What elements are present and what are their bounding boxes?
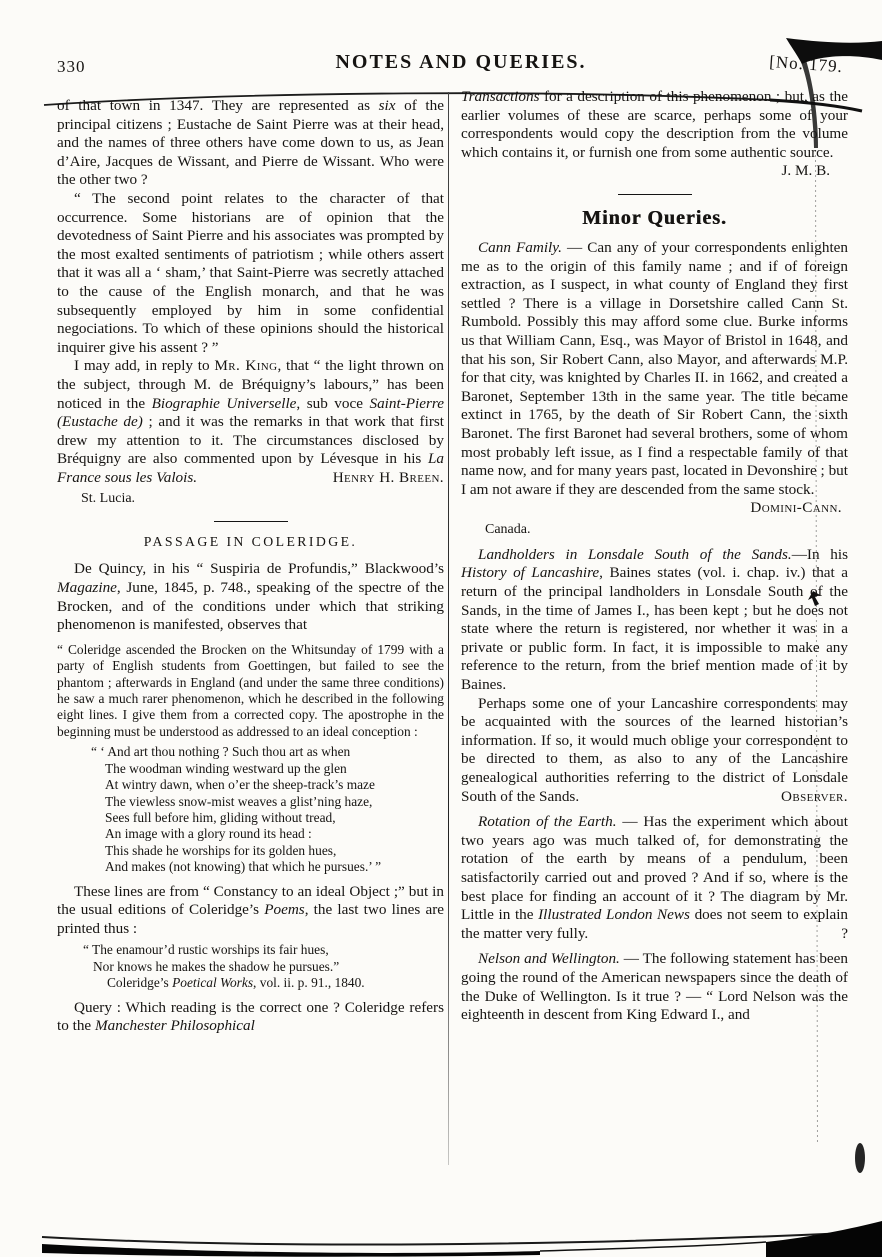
query-nelson-and-wellington: Nelson and Wellington. — The following s… (461, 950, 848, 1024)
paragraph-text: Query : Which reading is the correct one… (57, 999, 444, 1035)
column-divider (448, 92, 449, 1165)
paragraph-text: I may add, in reply to Mr. King, that “ … (57, 357, 444, 486)
verse-line: The viewless snow-mist weaves a glist’ni… (105, 794, 444, 810)
signature: ? (816, 925, 848, 944)
dateline: Canada. (461, 521, 848, 539)
verse-block: “ The enamour’d rustic worships its fair… (83, 942, 444, 991)
query-rotation-of-the-earth: Rotation of the Earth. — Has the experim… (461, 813, 848, 943)
section-divider (214, 521, 288, 522)
paragraph-text: Landholders in Lonsdale South of the San… (461, 546, 848, 693)
paragraph-text: De Quincy, in his “ Suspiria de Profundi… (57, 560, 444, 633)
dateline: St. Lucia. (57, 490, 444, 508)
scanned-journal-page: 330 NOTES AND QUERIES. [No. 179. of that… (0, 0, 882, 1257)
article-paragraph: De Quincy, in his “ Suspiria de Profundi… (57, 560, 444, 634)
verse-line: This shade he worships for its golden hu… (105, 843, 444, 859)
paragraph-text: Nelson and Wellington. — The following s… (461, 950, 848, 1023)
article-paragraph: Query : Which reading is the correct one… (57, 999, 444, 1036)
journal-title: NOTES AND QUERIES. (40, 51, 882, 74)
verse-line: Sees full before him, gliding without tr… (105, 810, 444, 826)
article-paragraph: of that town in 1347. They are represent… (57, 97, 444, 190)
paragraph-text: Cann Family. — Can any of your correspon… (461, 239, 848, 498)
query-landholders-lonsdale: Landholders in Lonsdale South of the San… (461, 546, 848, 695)
section-heading-passage-in-coleridge: PASSAGE IN COLERIDGE. (57, 534, 444, 550)
article-paragraph: I may add, in reply to Mr. King, that “ … (57, 357, 444, 487)
article-paragraph: “ The second point relates to the charac… (57, 190, 444, 357)
verse-line: An image with a glory round its head : (105, 826, 444, 842)
signature: Domini-Cann. (461, 499, 848, 518)
paragraph-text: Transactions for a description of this p… (461, 88, 848, 161)
verse-line: And makes (not knowing) that which he pu… (105, 859, 444, 875)
left-column: of that town in 1347. They are represent… (57, 97, 444, 1036)
verse-line: “ The enamour’d rustic worships its fair… (83, 942, 444, 958)
bottom-right-shadow (766, 1221, 882, 1257)
signature-text: Domini-Cann. (750, 499, 842, 516)
verse-line: The woodman winding westward up the glen (105, 761, 444, 777)
signature: Observer. (756, 788, 848, 807)
verse-line: Coleridge’s Poetical Works, vol. ii. p. … (107, 975, 444, 991)
paragraph-text: of that town in 1347. They are represent… (57, 97, 444, 188)
paragraph-text: These lines are from “ Constancy to an i… (57, 883, 444, 937)
signature: J. M. B. (461, 162, 848, 181)
verse-block: “ ‘ And art thou nothing ? Such thou art… (91, 744, 444, 875)
article-paragraph: These lines are from “ Constancy to an i… (57, 883, 444, 939)
verse-line: At wintry dawn, when o’er the sheep-trac… (105, 777, 444, 793)
verse-line: Nor knows he makes the shadow he pursues… (93, 959, 444, 975)
verse-line: “ ‘ And art thou nothing ? Such thou art… (91, 744, 444, 760)
paragraph-text: “ The second point relates to the charac… (57, 190, 444, 356)
query-cann-family: Cann Family. — Can any of your correspon… (461, 239, 848, 499)
signature: Henry H. Breen. (308, 469, 444, 488)
quoted-passage: “ Coleridge ascended the Brocken on the … (57, 642, 444, 740)
bottom-edge-thin (540, 1242, 766, 1251)
edge-blot (855, 1143, 865, 1173)
bottom-edge-curve (42, 1233, 848, 1245)
section-divider (618, 194, 692, 195)
article-paragraph: Transactions for a description of this p… (461, 88, 848, 162)
query-landholders-lonsdale-continued: Perhaps some one of your Lancashire corr… (461, 695, 848, 807)
bottom-left-shadow (42, 1244, 540, 1257)
right-column: Transactions for a description of this p… (461, 88, 848, 1025)
paragraph-text: Rotation of the Earth. — Has the experim… (461, 813, 848, 942)
section-heading-minor-queries: Minor Queries. (461, 207, 848, 230)
paragraph-text: “ Coleridge ascended the Brocken on the … (57, 642, 444, 739)
